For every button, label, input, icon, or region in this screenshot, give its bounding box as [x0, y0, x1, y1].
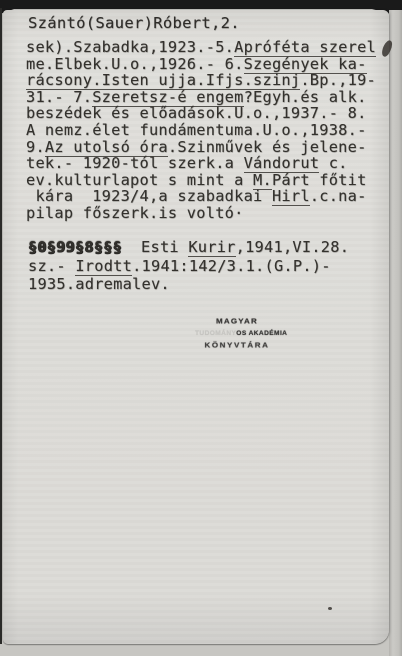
scan-edge-right	[389, 10, 402, 656]
stamp-line: KÖNYVTÁRA	[195, 341, 279, 350]
text-line: beszédek és előadások.U.o.,1937.- 8.	[26, 105, 376, 122]
card-heading: Szántó(Sauer)Róbert,2.	[28, 14, 240, 33]
scan-background: Szántó(Sauer)Róbert,2. sek).Szabadka,192…	[0, 0, 402, 656]
card-references-paragraph: §0§99§8§§§ Esti Kurir,1941,VI.28. sz.- I…	[28, 238, 349, 294]
stamp-text: OS AKADÉMIA	[236, 330, 287, 337]
library-stamp: MAGYAR TUDOMÁNYOS AKADÉMIA KÖNYVTÁRA	[195, 317, 279, 350]
card-body-paragraph: sek).Szabadka,1923.-5.Apróféta szerel me…	[26, 39, 376, 222]
text-line: A nemz.élet fundámentuma.U.o.,1938.-	[26, 122, 376, 139]
text-line: tek.- 1920-tól szerk.a Vándorut c.	[26, 155, 376, 172]
stamp-line: MAGYAR	[195, 317, 279, 326]
dust-speck	[328, 607, 332, 610]
text-line: me.Elbek.U.o.,1926.- 6.Szegények ka-	[26, 56, 376, 73]
text-line: kára 1923/4,a szabadkai Hirl.c.na-	[26, 188, 376, 205]
text-line: pilap főszerk.is voltó·	[26, 205, 376, 222]
text-line: 31.- 7.Szeretsz-é engem?Egyh.és alk.	[26, 89, 376, 106]
text-line: rácsony.Isten ujja.Ifjs.szinj.Bp.,19-	[26, 72, 376, 89]
text-line: 1935.adremalev.	[28, 275, 349, 294]
scan-edge-left	[0, 8, 2, 644]
text-line: sz.- Irodtt.1941:142/3.1.(G.P.)-	[28, 257, 349, 276]
stamp-line: TUDOMÁNYOS AKADÉMIA	[195, 330, 279, 337]
catalog-card: Szántó(Sauer)Róbert,2. sek).Szabadka,192…	[3, 10, 389, 644]
text-line: 9.Az utolsó óra.Szinművek és jelene-	[26, 139, 376, 156]
stamp-faded-text: TUDOMÁNY	[195, 330, 236, 337]
text-line: ev.kulturlapot s mint a M.Párt főtit	[26, 172, 376, 189]
text-line: §0§99§8§§§ Esti Kurir,1941,VI.28.	[28, 238, 349, 257]
text-line: sek).Szabadka,1923.-5.Apróféta szerel	[26, 39, 376, 56]
